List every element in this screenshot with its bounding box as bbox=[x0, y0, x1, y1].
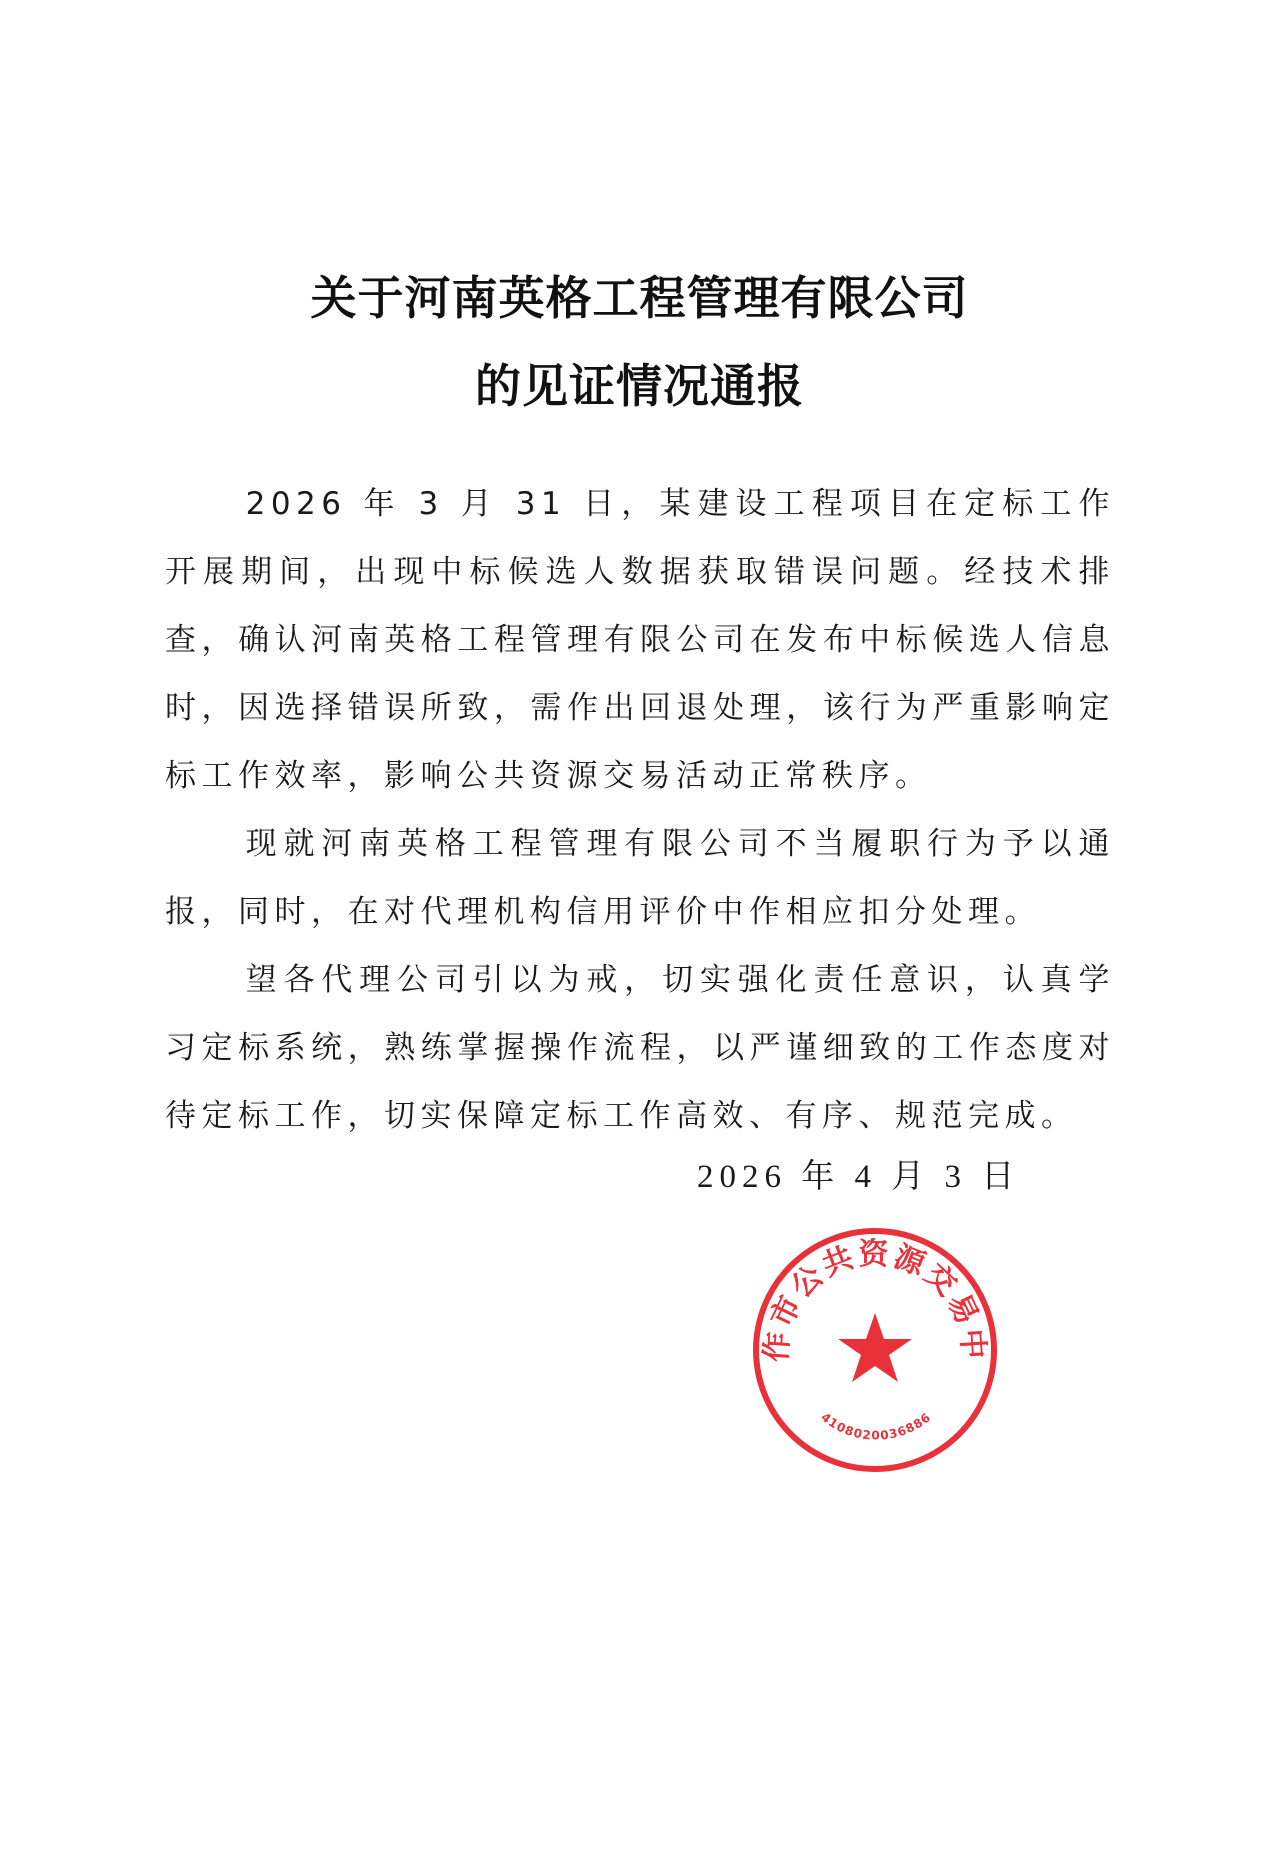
paragraph-1: 2026 年 3 月 31 日，某建设工程项目在定标工作开展期间，出现中标候选人… bbox=[165, 470, 1115, 810]
document-page: 关于河南英格工程管理有限公司 的见证情况通报 2026 年 3 月 31 日，某… bbox=[0, 0, 1279, 1876]
star-icon bbox=[838, 1313, 912, 1382]
issue-date: 2026 年 4 月 3 日 bbox=[697, 1150, 1020, 1197]
paragraph-3: 望各代理公司引以为戒，切实强化责任意识，认真学习定标系统，熟练掌握操作流程，以严… bbox=[165, 946, 1115, 1150]
svg-text:4108020036886: 4108020036886 bbox=[818, 1410, 933, 1443]
document-body: 2026 年 3 月 31 日，某建设工程项目在定标工作开展期间，出现中标候选人… bbox=[165, 470, 1115, 1150]
seal-code: 4108020036886 bbox=[818, 1410, 933, 1443]
document-title-line-1: 关于河南英格工程管理有限公司 bbox=[0, 262, 1279, 328]
official-seal: 焦作市公共资源交易中心 4108020036886 bbox=[750, 1225, 1000, 1475]
document-title-line-2: 的见证情况通报 bbox=[0, 350, 1279, 416]
paragraph-2: 现就河南英格工程管理有限公司不当履职行为予以通报，同时，在对代理机构信用评价中作… bbox=[165, 810, 1115, 946]
